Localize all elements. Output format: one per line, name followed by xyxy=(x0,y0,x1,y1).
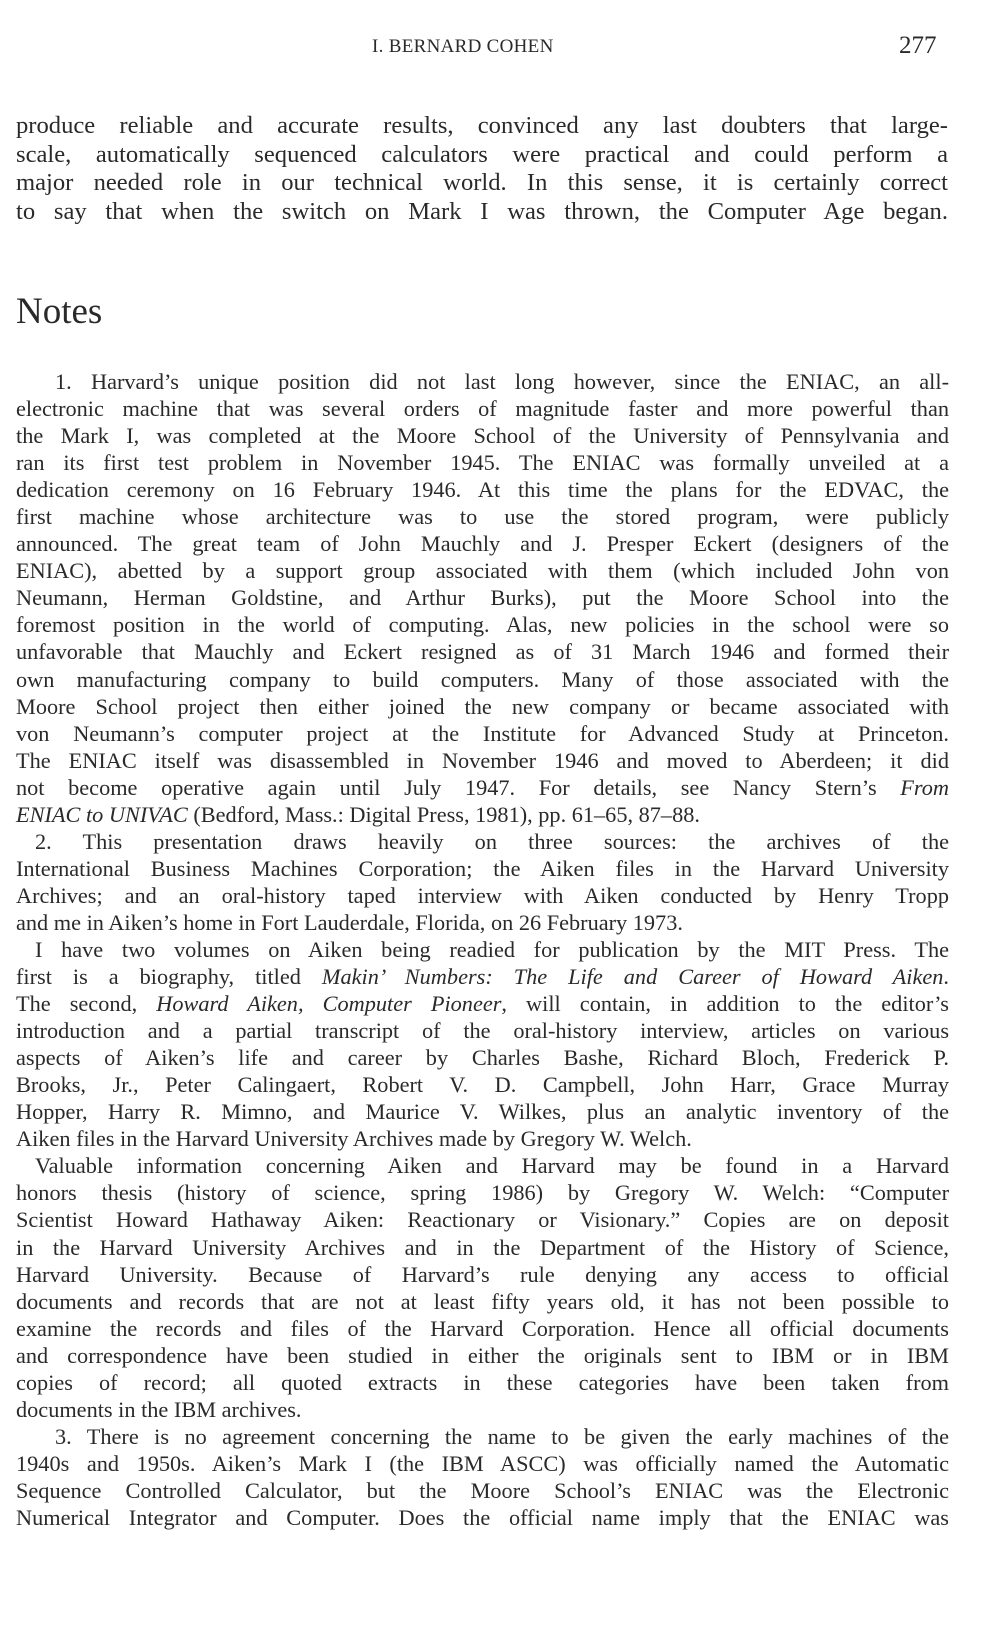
text-line: I have two volumes on Aiken being readie… xyxy=(16,936,949,963)
text-line: unfavorable that Mauchly and Eckert resi… xyxy=(16,638,949,665)
text-line: International Business Machines Corporat… xyxy=(16,855,949,882)
text-line: to say that when the switch on Mark I wa… xyxy=(16,198,948,227)
book-title-italic: Makin’ Numbers: The Life and Career of H… xyxy=(322,964,944,989)
text-line: Valuable information concerning Aiken an… xyxy=(16,1152,949,1179)
text-line: announced. The great team of John Mauchl… xyxy=(16,530,949,557)
text-line: Neumann, Herman Goldstine, and Arthur Bu… xyxy=(16,584,949,611)
text-line: and me in Aiken’s home in Fort Lauderdal… xyxy=(16,909,949,936)
text-run: first is a biography, titled xyxy=(16,964,322,989)
notes-heading: Notes xyxy=(16,290,102,333)
running-head: I. BERNARD COHEN 277 xyxy=(0,32,999,62)
text-line: 1. Harvard’s unique position did not las… xyxy=(16,368,949,395)
text-line: electronic machine that was several orde… xyxy=(16,395,949,422)
text-line: Sequence Controlled Calculator, but the … xyxy=(16,1477,949,1504)
book-title-italic: ENIAC to UNIVAC xyxy=(16,802,188,827)
text-line: copies of record; all quoted extracts in… xyxy=(16,1369,949,1396)
text-line: ENIAC to UNIVAC (Bedford, Mass.: Digital… xyxy=(16,801,949,828)
text-line: 1940s and 1950s. Aiken’s Mark I (the IBM… xyxy=(16,1450,949,1477)
text-line: and correspondence have been studied in … xyxy=(16,1342,949,1369)
text-run: The second, xyxy=(16,991,156,1016)
text-run: not become operative again until July 19… xyxy=(16,775,900,800)
text-line: Moore School project then either joined … xyxy=(16,693,949,720)
text-line: scale, automatically sequenced calculato… xyxy=(16,141,948,170)
text-line: Archives; and an oral-history taped inte… xyxy=(16,882,949,909)
intro-paragraph: produce reliable and accurate results, c… xyxy=(16,112,948,226)
text-line: honors thesis (history of science, sprin… xyxy=(16,1179,949,1206)
text-line: The ENIAC itself was disassembled in Nov… xyxy=(16,747,949,774)
book-title-italic: Howard Aiken, Computer Pioneer xyxy=(156,991,501,1016)
text-line: in the Harvard University Archives and i… xyxy=(16,1234,949,1261)
text-line: major needed role in our technical world… xyxy=(16,169,948,198)
book-title-italic: From xyxy=(900,775,949,800)
text-line: first is a biography, titled Makin’ Numb… xyxy=(16,963,949,990)
text-line: von Neumann’s computer project at the In… xyxy=(16,720,949,747)
text-line: 2. This presentation draws heavily on th… xyxy=(16,828,949,855)
text-line: the Mark I, was completed at the Moore S… xyxy=(16,422,949,449)
text-line: Aiken files in the Harvard University Ar… xyxy=(16,1125,949,1152)
text-run: (Bedford, Mass.: Digital Press, 1981), p… xyxy=(188,802,700,827)
running-title: I. BERNARD COHEN xyxy=(372,36,554,58)
text-line: ran its first test problem in November 1… xyxy=(16,449,949,476)
text-line: dedication ceremony on 16 February 1946.… xyxy=(16,476,949,503)
text-line: not become operative again until July 19… xyxy=(16,774,949,801)
note-1: 1. Harvard’s unique position did not las… xyxy=(16,368,949,828)
notes-section: 1. Harvard’s unique position did not las… xyxy=(16,368,949,1531)
text-line: aspects of Aiken’s life and career by Ch… xyxy=(16,1044,949,1071)
text-line: Scientist Howard Hathaway Aiken: Reactio… xyxy=(16,1206,949,1233)
text-line: Hopper, Harry R. Mimno, and Maurice V. W… xyxy=(16,1098,949,1125)
text-line: 3. There is no agreement concerning the … xyxy=(16,1423,949,1450)
text-run: , will contain, in addition to the edito… xyxy=(501,991,949,1016)
text-line: Harvard University. Because of Harvard’s… xyxy=(16,1261,949,1288)
text-line: ENIAC), abetted by a support group assoc… xyxy=(16,557,949,584)
text-line: introduction and a partial transcript of… xyxy=(16,1017,949,1044)
note-2-paragraph-2: I have two volumes on Aiken being readie… xyxy=(16,936,949,1152)
note-2: 2. This presentation draws heavily on th… xyxy=(16,828,949,936)
text-line: foremost position in the world of comput… xyxy=(16,611,949,638)
text-line: own manufacturing company to build compu… xyxy=(16,666,949,693)
text-line: Numerical Integrator and Computer. Does … xyxy=(16,1504,949,1531)
note-3: 3. There is no agreement concerning the … xyxy=(16,1423,949,1531)
text-line: Brooks, Jr., Peter Calingaert, Robert V.… xyxy=(16,1071,949,1098)
text-line: documents and records that are not at le… xyxy=(16,1288,949,1315)
text-line: documents in the IBM archives. xyxy=(16,1396,949,1423)
text-line: first machine whose architecture was to … xyxy=(16,503,949,530)
text-line: produce reliable and accurate results, c… xyxy=(16,112,948,141)
text-run: . xyxy=(943,964,949,989)
note-2-paragraph-3: Valuable information concerning Aiken an… xyxy=(16,1152,949,1422)
text-line: examine the records and files of the Har… xyxy=(16,1315,949,1342)
page-number: 277 xyxy=(899,32,937,60)
text-line: The second, Howard Aiken, Computer Pione… xyxy=(16,990,949,1017)
